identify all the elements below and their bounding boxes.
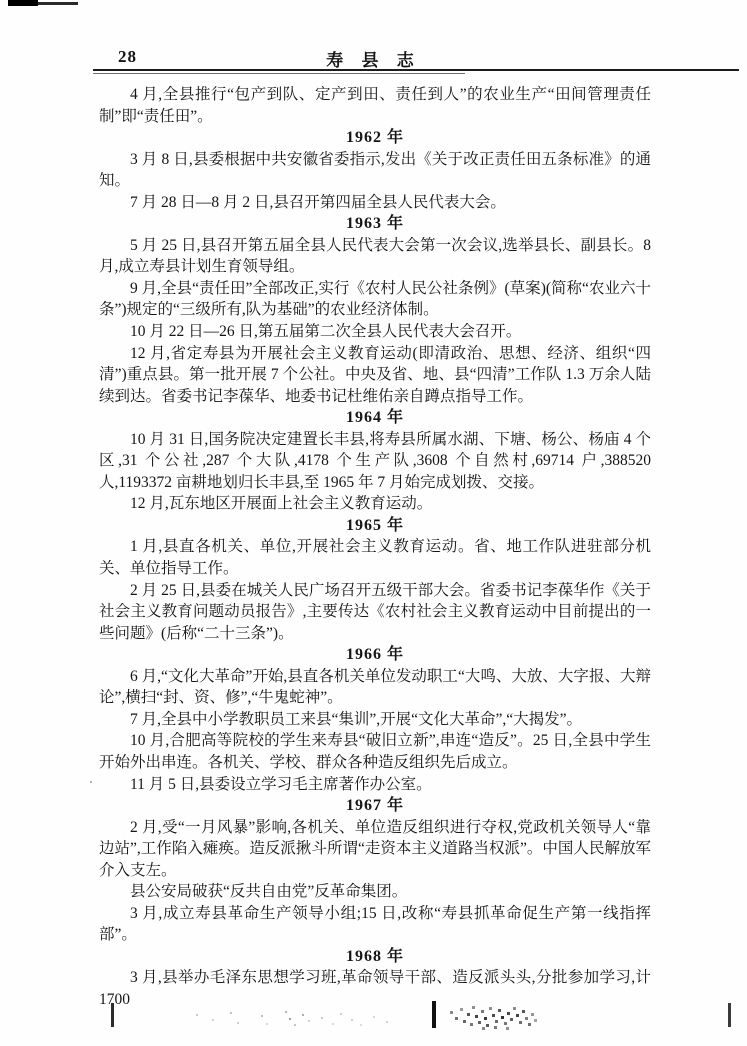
paragraph: 10 月 31 日,国务院决定建置长丰县,将寿县所属水湖、下塘、杨公、杨庙 4 …: [99, 429, 651, 494]
scan-artifact-speckle: [190, 1010, 192, 1012]
scan-artifact-corner-line: [38, 2, 78, 5]
paragraph: 10 月 22 日—26 日,第五届第二次全县人民代表大会召开。: [99, 321, 651, 343]
scanned-book-page: 28 寿 县 志 4 月,全县推行“包产到队、定产到田、责任到人”的农业生产“田…: [0, 0, 747, 1046]
paragraph: 7 月,全县中小学教职员工来县“集训”,开展“文化大革命”,“大揭发”。: [99, 709, 651, 731]
paragraph: 4 月,全县推行“包产到队、定产到田、责任到人”的农业生产“田间管理责任制”即“…: [99, 84, 651, 127]
paragraph: 1 月,县直各机关、单位,开展社会主义教育运动。省、地工作队进驻部分机关、单位指…: [99, 536, 651, 579]
paragraph: 县公安局破获“反共自由党”反革命集团。: [99, 881, 651, 903]
year-heading: 1962 年: [99, 127, 651, 149]
year-heading: 1966 年: [99, 644, 651, 666]
paragraph: 12 月,省定寿县为开展社会主义教育运动(即清政治、思想、经济、组织“四清”)重…: [99, 343, 651, 408]
paragraph: 10 月,合肥高等院校的学生来寿县“破旧立新”,串连“造反”。25 日,全县中学…: [99, 730, 651, 773]
header-rule: [93, 69, 739, 71]
paragraph: 9 月,全县“责任田”全部改正,实行《农村人民公社条例》(草案)(简称“农业六十…: [99, 278, 651, 321]
year-heading: 1963 年: [99, 213, 651, 235]
header-rule-shadow: [93, 73, 465, 74]
year-heading: 1968 年: [99, 946, 651, 968]
paragraph: 11 月 5 日,县委设立学习毛主席著作办公室。: [99, 774, 651, 796]
paragraph: 2 月 25 日,县委在城关人民广场召开五级干部大会。省委书记李葆华作《关于社会…: [99, 580, 651, 645]
scan-artifact-tick: [111, 1003, 114, 1027]
paragraph: 5 月 25 日,县召开第五届全县人民代表大会第一次会议,选举县长、副县长。8 …: [99, 235, 651, 278]
paragraph: 2 月,受“一月风暴”影响,各机关、单位造反组织进行夺权,党政机关领导人“靠边站…: [99, 817, 651, 882]
paragraph: 3 月,县举办毛泽东思想学习班,革命领导干部、造反派头头,分批参加学习,计 17…: [99, 967, 651, 1010]
year-heading: 1965 年: [99, 515, 651, 537]
year-heading: 1967 年: [99, 795, 651, 817]
scan-artifact-margin-dot: [90, 781, 92, 783]
paragraph: 6 月,“文化大革命”开始,县直各机关单位发动职工“大鸣、大放、大字报、大辩论”…: [99, 666, 651, 709]
paragraph: 12 月,瓦东地区开展面上社会主义教育运动。: [99, 493, 651, 515]
scan-artifact-corner-bar: [8, 0, 38, 6]
year-heading: 1964 年: [99, 407, 651, 429]
paragraph: 3 月,成立寿县革命生产领导小组;15 日,改称“寿县抓革命促生产第一线指挥部”…: [99, 903, 651, 946]
paragraph: 3 月 8 日,县委根据中共安徽省委指示,发出《关于改正责任田五条标准》的通知。: [99, 149, 651, 192]
scan-artifact-tick: [728, 1003, 731, 1027]
paragraph: 7 月 28 日—8 月 2 日,县召开第四届全县人民代表大会。: [99, 192, 651, 214]
scan-artifact-smudge: [448, 1005, 451, 1008]
scan-artifact-tick: [432, 1001, 436, 1028]
book-title: 寿 县 志: [0, 46, 747, 71]
page-body: 4 月,全县推行“包产到队、定产到田、责任到人”的农业生产“田间管理责任制”即“…: [99, 84, 651, 1011]
